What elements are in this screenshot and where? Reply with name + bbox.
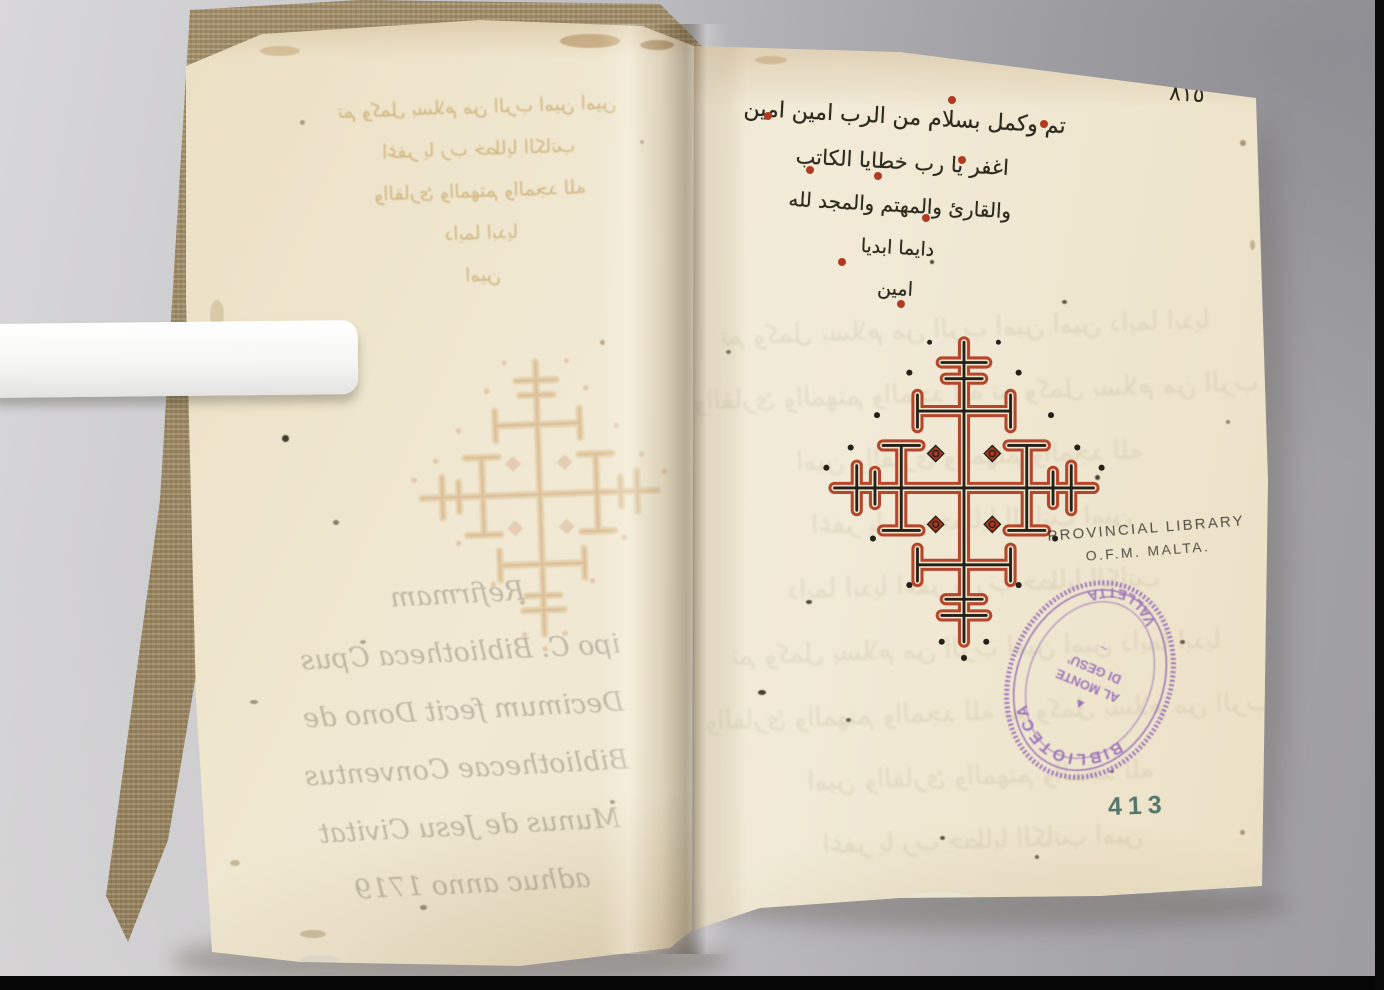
red-ink-dot bbox=[948, 96, 956, 104]
foxing-spot bbox=[1250, 240, 1255, 250]
oval-stamp-marker: ▲ bbox=[1074, 698, 1086, 711]
red-ink-dot bbox=[764, 112, 772, 120]
foxing-spot bbox=[300, 930, 326, 938]
foxing-spot bbox=[640, 40, 674, 50]
colophon-text: تم وكمل بسلام من الرب امين امين اغفر يا … bbox=[614, 81, 1185, 325]
foxing-spot bbox=[333, 520, 339, 525]
red-ink-dot bbox=[874, 172, 882, 180]
foxing-spot bbox=[260, 46, 300, 56]
red-ink-dot bbox=[806, 166, 814, 174]
bottom-black-bar bbox=[0, 976, 1384, 990]
foxing-spot bbox=[560, 34, 620, 48]
right-black-edge bbox=[1375, 0, 1384, 990]
foxing-spot bbox=[282, 435, 289, 442]
foxing-spot bbox=[1240, 140, 1246, 146]
foxing-spot bbox=[755, 56, 787, 64]
red-ink-dot bbox=[1040, 120, 1048, 128]
oval-stamp-ornament: ~ bbox=[1097, 640, 1111, 656]
red-ink-dot bbox=[922, 214, 930, 222]
red-ink-dot bbox=[838, 258, 846, 266]
ghost-latin-inscription: Refirmam ipo C. Bibliotheca Cpus Decimum… bbox=[206, 553, 724, 927]
photo-stage: تم وكمل بسلام من الرب امين امين اغفر يا … bbox=[0, 0, 1384, 990]
ghost-arabic-text: تم وكمل بسلام من الرب امين امين اغفر يا … bbox=[296, 80, 663, 302]
red-ink-dot bbox=[958, 156, 966, 164]
white-strip bbox=[0, 320, 358, 398]
red-ink-dot bbox=[897, 300, 905, 308]
accession-number: 413 bbox=[1108, 791, 1169, 822]
